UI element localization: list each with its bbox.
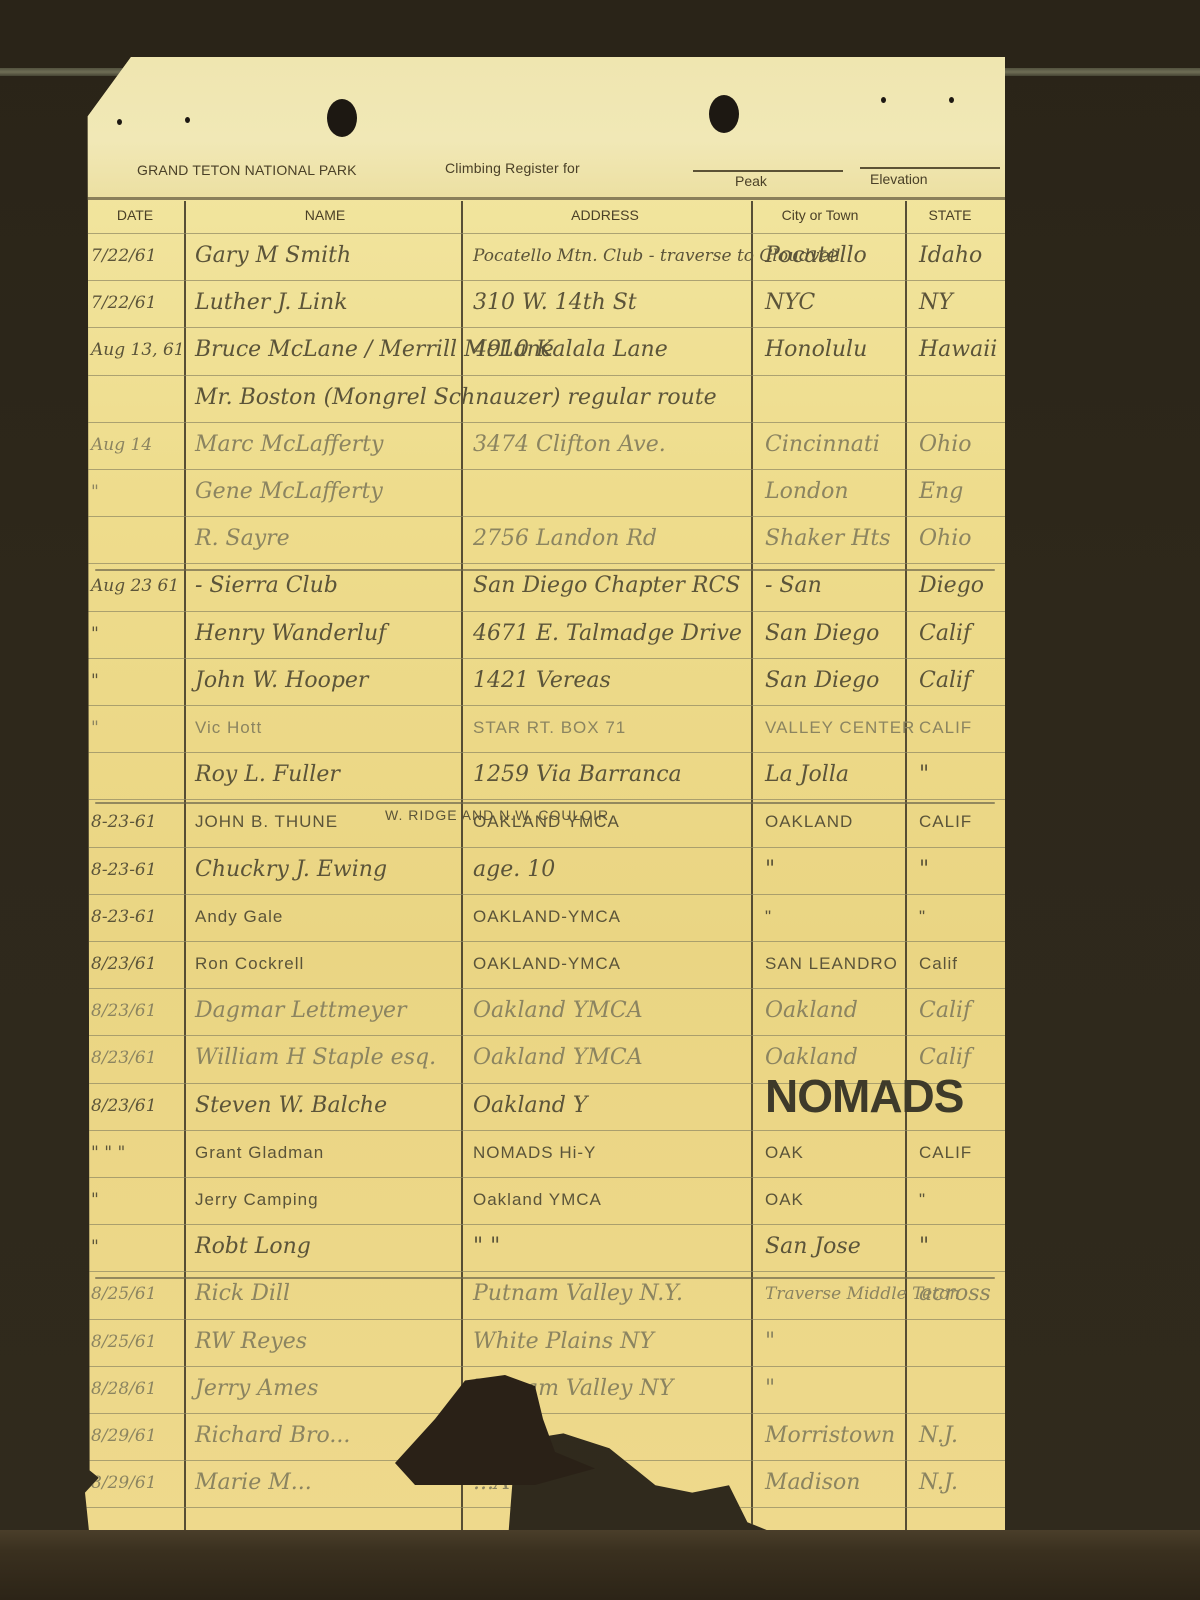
cell-name: John W. Hooper [195,658,465,704]
cell-city: Pocatello [765,233,915,279]
table-row: 8-23-61Chuckry J. Ewingage. 10"" [85,847,1005,893]
cell-date: " " " [91,1130,181,1176]
cell-address: Oakland YMCA [473,988,763,1034]
table-row: "Gene McLaffertyLondonEng [85,469,1005,515]
cell-city: OAK [765,1130,915,1176]
cell-state: " [919,894,1005,940]
pencil-divider [95,802,995,804]
ruled-line [85,1507,1005,1508]
climbing-register-sheet: GRAND TETON NATIONAL PARK Climbing Regis… [85,57,1005,1537]
table-row: Roy L. Fuller1259 Via BarrancaLa Jolla" [85,752,1005,798]
cell-date: " [91,658,181,704]
cell-address [473,469,763,515]
table-row: Aug 14Marc McLafferty3474 Clifton Ave.Ci… [85,422,1005,468]
cell-name: Robt Long [195,1224,465,1270]
cell-name: Ron Cockrell [195,941,465,987]
cell-address: Oakland YMCA [473,1035,763,1081]
cell-date: " [91,469,181,515]
cell-state: Calif [919,988,1005,1034]
cell-name: Chuckry J. Ewing [195,847,465,893]
register-label: Climbing Register for [445,160,580,176]
cell-city: San Diego [765,611,915,657]
elevation-caption: Elevation [870,171,928,187]
cell-address: 2756 Landon Rd [473,516,763,562]
cell-state [919,1366,1005,1412]
cell-state: CALIF [919,705,1005,751]
table-row: 8/23/61Dagmar LettmeyerOakland YMCAOakla… [85,988,1005,1034]
cell-name: Bruce McLane / Merrill McLane [195,327,465,373]
nomads-stamp: NOMADS [765,1069,963,1123]
binder-hole [709,95,739,133]
cell-name: Roy L. Fuller [195,752,465,798]
cell-city: VALLEY CENTER [765,705,915,751]
cell-name: R. Sayre [195,516,465,562]
cell-address: 4671 E. Talmadge Drive [473,611,763,657]
table-row: "John W. Hooper1421 VereasSan DiegoCalif [85,658,1005,704]
cell-address: NOMADS Hi-Y [473,1130,763,1176]
cell-date: Aug 13, 61 [91,327,181,373]
cell-date: 8/29/61 [91,1460,181,1506]
table-row: 7/22/61Gary M SmithPocatello Mtn. Club -… [85,233,1005,279]
table-row: 8/25/61RW ReyesWhite Plains NY" [85,1319,1005,1365]
pencil-divider [95,569,995,571]
cell-name: Mr. Boston (Mongrel Schnauzer) regular r… [195,375,465,421]
cell-name: Andy Gale [195,894,465,940]
cell-date: 8/28/61 [91,1366,181,1412]
cell-name: Luther J. Link [195,280,465,326]
table-row: 8-23-61Andy GaleOAKLAND-YMCA"" [85,894,1005,940]
binder-hole [949,97,954,103]
cell-state: N.J. [919,1413,1005,1459]
table-header: DATE NAME ADDRESS City or Town STATE [85,201,1005,233]
cell-date: 8/23/61 [91,941,181,987]
cell-city: " [765,1319,915,1365]
cell-state [919,1319,1005,1365]
elevation-blank [860,167,1000,169]
cell-date [91,375,181,421]
cell-date: " [91,705,181,751]
table-row: "Vic HottSTAR RT. BOX 71VALLEY CENTERCAL… [85,705,1005,751]
cell-name: RW Reyes [195,1319,465,1365]
cell-city: San Jose [765,1224,915,1270]
cell-address: Oakland Y [473,1083,763,1129]
cell-city: SAN LEANDRO [765,941,915,987]
cell-address: 310 W. 14th St [473,280,763,326]
binder-hole [327,99,357,137]
cell-date: 7/22/61 [91,280,181,326]
cell-city: " [765,847,915,893]
table-row: R. Sayre2756 Landon RdShaker HtsOhio [85,516,1005,562]
cell-date [91,752,181,798]
form-header [85,57,1005,200]
cell-date: 8/23/61 [91,1035,181,1081]
cell-city: OAK [765,1177,915,1223]
table-row: " " "Grant GladmanNOMADS Hi-YOAKCALIF [85,1130,1005,1176]
cell-address: 3474 Clifton Ave. [473,422,763,468]
cell-city [765,375,915,421]
cell-name: Vic Hott [195,705,465,751]
cell-address: 4910 Kalala Lane [473,327,763,373]
cell-date: 7/22/61 [91,233,181,279]
cell-address: age. 10 [473,847,763,893]
cell-address: Oakland YMCA [473,1177,763,1223]
column-header-name: NAME [235,207,415,223]
column-header-city: City or Town [755,207,885,223]
cell-name: Henry Wanderluf [195,611,465,657]
cell-state: " [919,1177,1005,1223]
cell-state: NY [919,280,1005,326]
peak-caption: Peak [735,173,767,189]
table-row: 7/22/61Luther J. Link310 W. 14th StNYCNY [85,280,1005,326]
peak-blank [693,170,843,172]
cell-city: Oakland [765,988,915,1034]
cell-date: 8/25/61 [91,1319,181,1365]
table-row: Aug 13, 61Bruce McLane / Merrill McLane4… [85,327,1005,373]
column-header-date: DATE [105,207,165,223]
cell-city: San Diego [765,658,915,704]
cell-city: Shaker Hts [765,516,915,562]
cell-name: Marc McLafferty [195,422,465,468]
cell-city: Morristown [765,1413,915,1459]
cell-name: Jerry Camping [195,1177,465,1223]
cell-address: " " [473,1224,763,1270]
cell-name: Grant Gladman [195,1130,465,1176]
cell-state: " [919,752,1005,798]
cell-name: Dagmar Lettmeyer [195,988,465,1034]
cell-city: Madison [765,1460,915,1506]
cell-date: " [91,1177,181,1223]
cell-name: William H Staple esq. [195,1035,465,1081]
cell-state: " [919,1224,1005,1270]
cell-date: Aug 14 [91,422,181,468]
cell-name: Gene McLafferty [195,469,465,515]
table-row: 8/28/61Jerry AmesPutnam Valley NY" [85,1366,1005,1412]
cell-city: OAKLAND [765,799,915,845]
cell-date: " [91,1224,181,1270]
cell-state: Calif [919,941,1005,987]
cell-address: OAKLAND-YMCA [473,894,763,940]
cell-state: CALIF [919,1130,1005,1176]
shelf-edge-bottom [0,1530,1200,1600]
cell-state: CALIF [919,799,1005,845]
cell-date [91,516,181,562]
cell-name: Gary M Smith [195,233,465,279]
cell-city: Honolulu [765,327,915,373]
cell-date: 8-23-61 [91,799,181,845]
column-header-state: STATE [905,207,995,223]
cell-date: 8-23-61 [91,894,181,940]
cell-address: OAKLAND-YMCA [473,941,763,987]
table-row: Mr. Boston (Mongrel Schnauzer) regular r… [85,375,1005,421]
cell-date: " [91,611,181,657]
cell-state [919,375,1005,421]
cell-address: STAR RT. BOX 71 [473,705,763,751]
cell-address: White Plains NY [473,1319,763,1365]
pencil-divider [95,1277,995,1279]
table-row: "Henry Wanderluf4671 E. Talmadge DriveSa… [85,611,1005,657]
cell-address [473,375,763,421]
cell-city: " [765,1366,915,1412]
table-row: 8/23/61Ron CockrellOAKLAND-YMCASAN LEAND… [85,941,1005,987]
cell-address: 1259 Via Barranca [473,752,763,798]
binder-hole [117,119,122,125]
cell-state: Eng [919,469,1005,515]
binder-hole [185,117,190,123]
cell-date: 8-23-61 [91,847,181,893]
cell-state: Hawaii [919,327,1005,373]
park-title: GRAND TETON NATIONAL PARK [137,162,357,178]
cell-state: Ohio [919,422,1005,468]
cell-city: Cincinnati [765,422,915,468]
cell-state: Idaho [919,233,1005,279]
cell-city: NYC [765,280,915,326]
cell-date: 8/23/61 [91,988,181,1034]
cell-date: 8/23/61 [91,1083,181,1129]
cell-name: Steven W. Balche [195,1083,465,1129]
cell-state: Calif [919,611,1005,657]
route-note: W. RIDGE AND N.W. COULOIR [385,807,609,823]
cell-city: La Jolla [765,752,915,798]
column-header-address: ADDRESS [505,207,705,223]
cell-address: 1421 Vereas [473,658,763,704]
cell-date: 8/29/61 [91,1413,181,1459]
cell-state: N.J. [919,1460,1005,1506]
cell-address: Pocatello Mtn. Club - traverse to Cloudv… [473,233,763,279]
cell-state: Calif [919,658,1005,704]
table-row: "Robt Long" "San Jose" [85,1224,1005,1270]
binder-hole [881,97,886,103]
table-row: "Jerry CampingOakland YMCAOAK" [85,1177,1005,1223]
cell-city: London [765,469,915,515]
cell-state: Ohio [919,516,1005,562]
cell-city: " [765,894,915,940]
cell-state: " [919,847,1005,893]
cell-name: Jerry Ames [195,1366,465,1412]
